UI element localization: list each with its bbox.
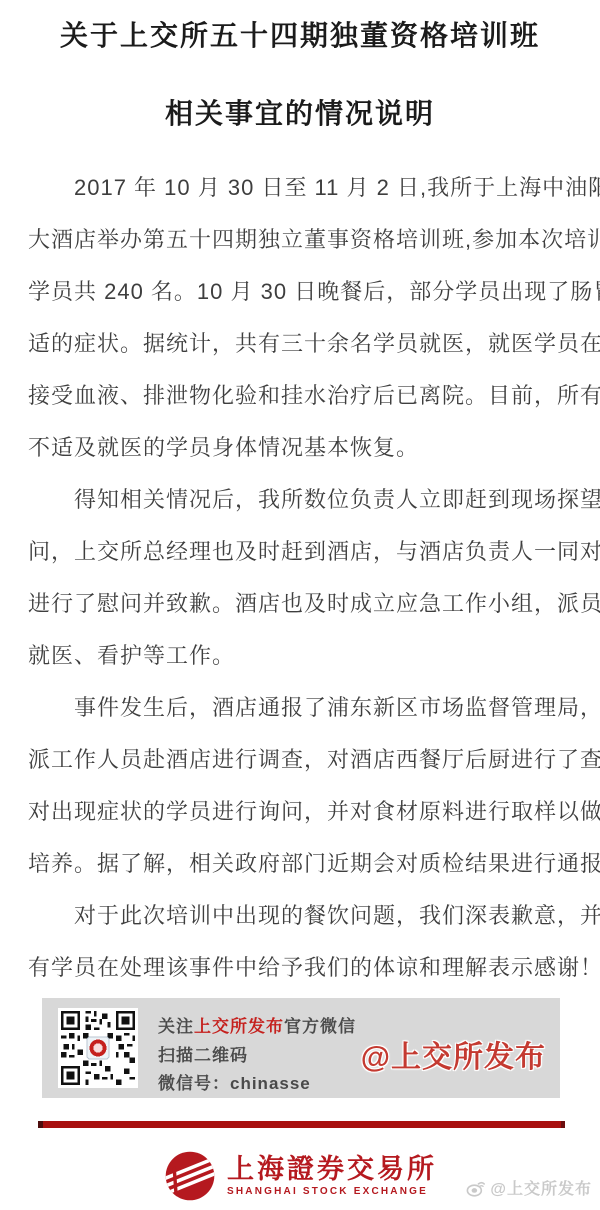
weibo-handle: @上交所发布: [361, 1032, 546, 1076]
body-line: 派工作人员赴酒店进行调查，对酒店西餐厅后厨进行了查封，: [28, 732, 578, 784]
follow-suffix: 官方微信: [284, 1017, 356, 1036]
weibo-watermark-text: @上交所发布: [490, 1176, 592, 1199]
announcement-body: 2017 年 10 月 30 日至 11 月 2 日,我所于上海中油阳光 大酒店…: [28, 160, 578, 992]
title-line-1: 关于上交所五十四期独董资格培训班: [0, 14, 600, 54]
sse-logo-icon: [163, 1149, 217, 1203]
body-line: 对于此次培训中出现的餐饮问题，我们深表歉意，并对所: [28, 888, 578, 940]
title-line-2: 相关事宜的情况说明: [0, 92, 600, 132]
sse-name-chinese: 上海證券交易所: [227, 1155, 437, 1185]
body-line: 适的症状。据统计，共有三十余名学员就医，就医学员在医院: [28, 316, 578, 368]
weibo-icon: [466, 1179, 486, 1197]
body-line: 2017 年 10 月 30 日至 11 月 2 日,我所于上海中油阳光: [28, 160, 578, 212]
body-line: 接受血液、排泄物化验和挂水治疗后已离院。目前，所有身体: [28, 368, 578, 420]
qr-code-icon: [58, 1008, 138, 1088]
body-line: 培养。据了解，相关政府部门近期会对质检结果进行通报。: [28, 836, 578, 888]
body-line: 有学员在处理该事件中给予我们的体谅和理解表示感谢！: [28, 940, 578, 992]
wechat-banner: 关注上交所发布官方微信 扫描二维码 微信号：chinasse @上交所发布: [42, 998, 560, 1098]
body-line: 不适及就医的学员身体情况基本恢复。: [28, 420, 578, 472]
sse-name-english: SHANGHAI STOCK EXCHANGE: [227, 1185, 428, 1198]
follow-prefix: 关注: [158, 1017, 194, 1036]
body-line: 问，上交所总经理也及时赶到酒店，与酒店负责人一同对学员: [28, 524, 578, 576]
body-line: 事件发生后，酒店通报了浦东新区市场监督管理局，该局: [28, 680, 578, 732]
body-line: 得知相关情况后，我所数位负责人立即赶到现场探望慰: [28, 472, 578, 524]
weibo-watermark: @上交所发布: [466, 1176, 592, 1199]
sse-logo-text: 上海證券交易所 SHANGHAI STOCK EXCHANGE: [227, 1155, 437, 1198]
body-line: 对出现症状的学员进行询问，并对食材原料进行取样以做细菌: [28, 784, 578, 836]
body-line: 就医、看护等工作。: [28, 628, 578, 680]
body-line: 大酒店举办第五十四期独立董事资格培训班,参加本次培训的: [28, 212, 578, 264]
body-line: 进行了慰问并致歉。酒店也及时成立应急工作小组，派员安排: [28, 576, 578, 628]
announcement-page: 关于上交所五十四期独董资格培训班 相关事宜的情况说明 2017 年 10 月 3…: [0, 0, 600, 1210]
red-divider: [38, 1121, 565, 1128]
follow-account-name: 上交所发布: [194, 1017, 284, 1036]
body-line: 学员共 240 名。10 月 30 日晚餐后，部分学员出现了肠胃不: [28, 264, 578, 316]
